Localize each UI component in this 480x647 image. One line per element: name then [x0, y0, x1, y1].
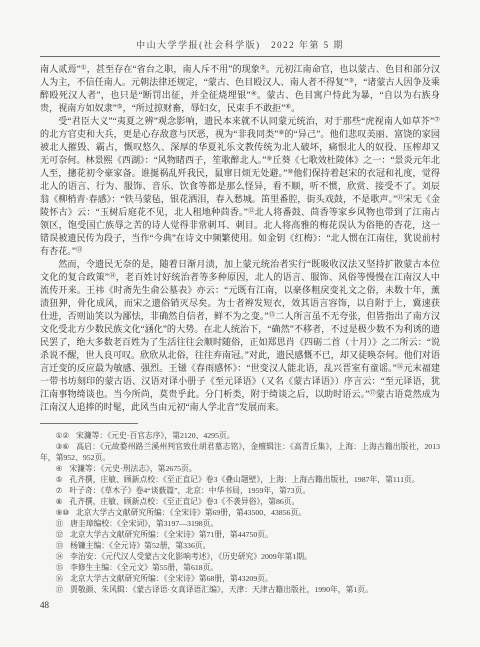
- body-paragraph-3: 然而，令遗民无奈的是，随着日渐月渍，加上蒙元统治者实行“既吸收汉法又坚持扩散蒙古…: [40, 258, 440, 414]
- footnote-2: ③⑥高启：《元故婺州路兰溪州判官致仕胡君墓志铭》，金檀辑注：《高青丘集》，上海：…: [40, 441, 440, 463]
- footnote-5: ⑦叶子奇：《草木子》卷4“谈薮篇”，北京：中华书局，1959年，第73页。: [40, 485, 440, 496]
- footnote-text: 宋濂等：《元史·百官志序》，第2120、4295页。: [76, 431, 235, 440]
- footnote-marker: ⑫: [56, 530, 64, 539]
- footnote-marker: ⑯: [56, 574, 64, 583]
- footnote-text: 杨镰主编：《全元诗》第52册，第336页。: [70, 541, 210, 550]
- body-paragraph-2: 受“君臣大义”“夷夏之辨”观念影响，遗民本来就不认同蒙元统治，对于那些“虎视南人…: [40, 115, 440, 258]
- footnote-10: ⑬杨镰主编：《全元诗》第52册，第336页。: [40, 540, 440, 551]
- footnote-14: ⑰贾敬颜、朱风辑：《蒙古译语·女真译语汇编》，天津：天津古籍出版社，1990年，…: [40, 584, 440, 595]
- footnote-divider: [40, 423, 138, 424]
- footnotes-block: ①②宋濂等：《元史·百官志序》，第2120、4295页。 ③⑥高启：《元故婺州路…: [40, 430, 440, 595]
- footnote-text: 孔齐撰，庄敏、顾新点校：《至正直记》卷3《不袭异俗》，第86页。: [69, 497, 299, 506]
- body-paragraph-1: 南人贰焉”①，甚至存在“省台之职，南人斥不用”的现象②。元初江南命官，也以蒙古、…: [40, 63, 440, 115]
- footnote-marker: ⑰: [56, 585, 64, 594]
- footnote-marker: ⑨⑩: [56, 508, 69, 517]
- header-divider: [40, 56, 440, 57]
- page-header: 中山大学学报(社会科学版) 2022 年第 5 期: [40, 38, 440, 57]
- footnote-1: ①②宋濂等：《元史·百官志序》，第2120、4295页。: [40, 430, 440, 441]
- footnote-text: 唐圭璋编校：《全宋词》，第3197—3198页。: [70, 519, 218, 528]
- footnote-marker: ⑮: [56, 563, 64, 572]
- footnote-text: 北京大学古文献研究所编：《全宋诗》第71册，第44750页。: [70, 530, 273, 539]
- footnote-text: 孔齐撰，庄敏、顾新点校：《至正直记》卷3《叠山题壁》，上海：上海古籍出版社，19…: [69, 475, 419, 484]
- footnote-text: 贾敬颜、朱风辑：《蒙古译语·女真译语汇编》，天津：天津古籍出版社，1990年，第…: [70, 585, 373, 594]
- footnote-text: 宋濂等：《元史·刑法志》，第2675页。: [69, 464, 196, 473]
- footnote-marker: ⑪: [56, 519, 64, 528]
- footnote-9: ⑫北京大学古文献研究所编：《全宋诗》第71册，第44750页。: [40, 529, 440, 540]
- footnote-marker: ⑧: [56, 497, 63, 506]
- footnote-7: ⑨⑩北京大学古文献研究所编：《全宋诗》第69册，第43500、43856页。: [40, 507, 440, 518]
- footnote-marker: ⑦: [56, 486, 63, 495]
- footnote-6: ⑧孔齐撰，庄敏、顾新点校：《至正直记》卷3《不袭异俗》，第86页。: [40, 496, 440, 507]
- footnote-marker: ④: [56, 464, 63, 473]
- footnote-marker: ①②: [56, 431, 69, 440]
- journal-running-title: 中山大学学报(社会科学版) 2022 年第 5 期: [40, 38, 440, 51]
- footnote-text: 李修生主编：《全元文》第55册，第618页。: [70, 563, 218, 572]
- footnote-text: 高启：《元故婺州路兰溪州判官致仕胡君墓志铭》，金檀辑注：《高青丘集》，上海：上海…: [40, 442, 440, 462]
- footnote-text: 北京大学古文献研究所编：《全宋诗》第69册，第43500、43856页。: [76, 508, 306, 517]
- footnote-text: 叶子奇：《草木子》卷4“谈薮篇”，北京：中华书局，1959年，第73页。: [69, 486, 310, 495]
- footnote-text: 李治安：《元代汉人受蒙古文化影响考述》，《历史研究》2009年第1期。: [70, 552, 312, 561]
- footnote-text: 北京大学古文献研究所编：《全宋诗》第68册，第43209页。: [70, 574, 273, 583]
- footnote-4: ⑤孔齐撰，庄敏、顾新点校：《至正直记》卷3《叠山题壁》，上海：上海古籍出版社，1…: [40, 474, 440, 485]
- footnote-marker: ⑭: [56, 552, 64, 561]
- journal-page: 中山大学学报(社会科学版) 2022 年第 5 期 南人贰焉”①，甚至存在“省台…: [0, 0, 480, 647]
- article-body: 南人贰焉”①，甚至存在“省台之职，南人斥不用”的现象②。元初江南命官，也以蒙古、…: [40, 63, 440, 414]
- footnote-marker: ③⑥: [56, 442, 70, 451]
- footnote-8: ⑪唐圭璋编校：《全宋词》，第3197—3198页。: [40, 518, 440, 529]
- footnote-13: ⑯北京大学古文献研究所编：《全宋诗》第68册，第43209页。: [40, 573, 440, 584]
- footnote-marker: ⑤: [56, 475, 63, 484]
- page-number: 48: [40, 600, 49, 610]
- footnote-11: ⑭李治安：《元代汉人受蒙古文化影响考述》，《历史研究》2009年第1期。: [40, 551, 440, 562]
- footnote-marker: ⑬: [56, 541, 64, 550]
- footnote-3: ④宋濂等：《元史·刑法志》，第2675页。: [40, 463, 440, 474]
- footnote-12: ⑮李修生主编：《全元文》第55册，第618页。: [40, 562, 440, 573]
